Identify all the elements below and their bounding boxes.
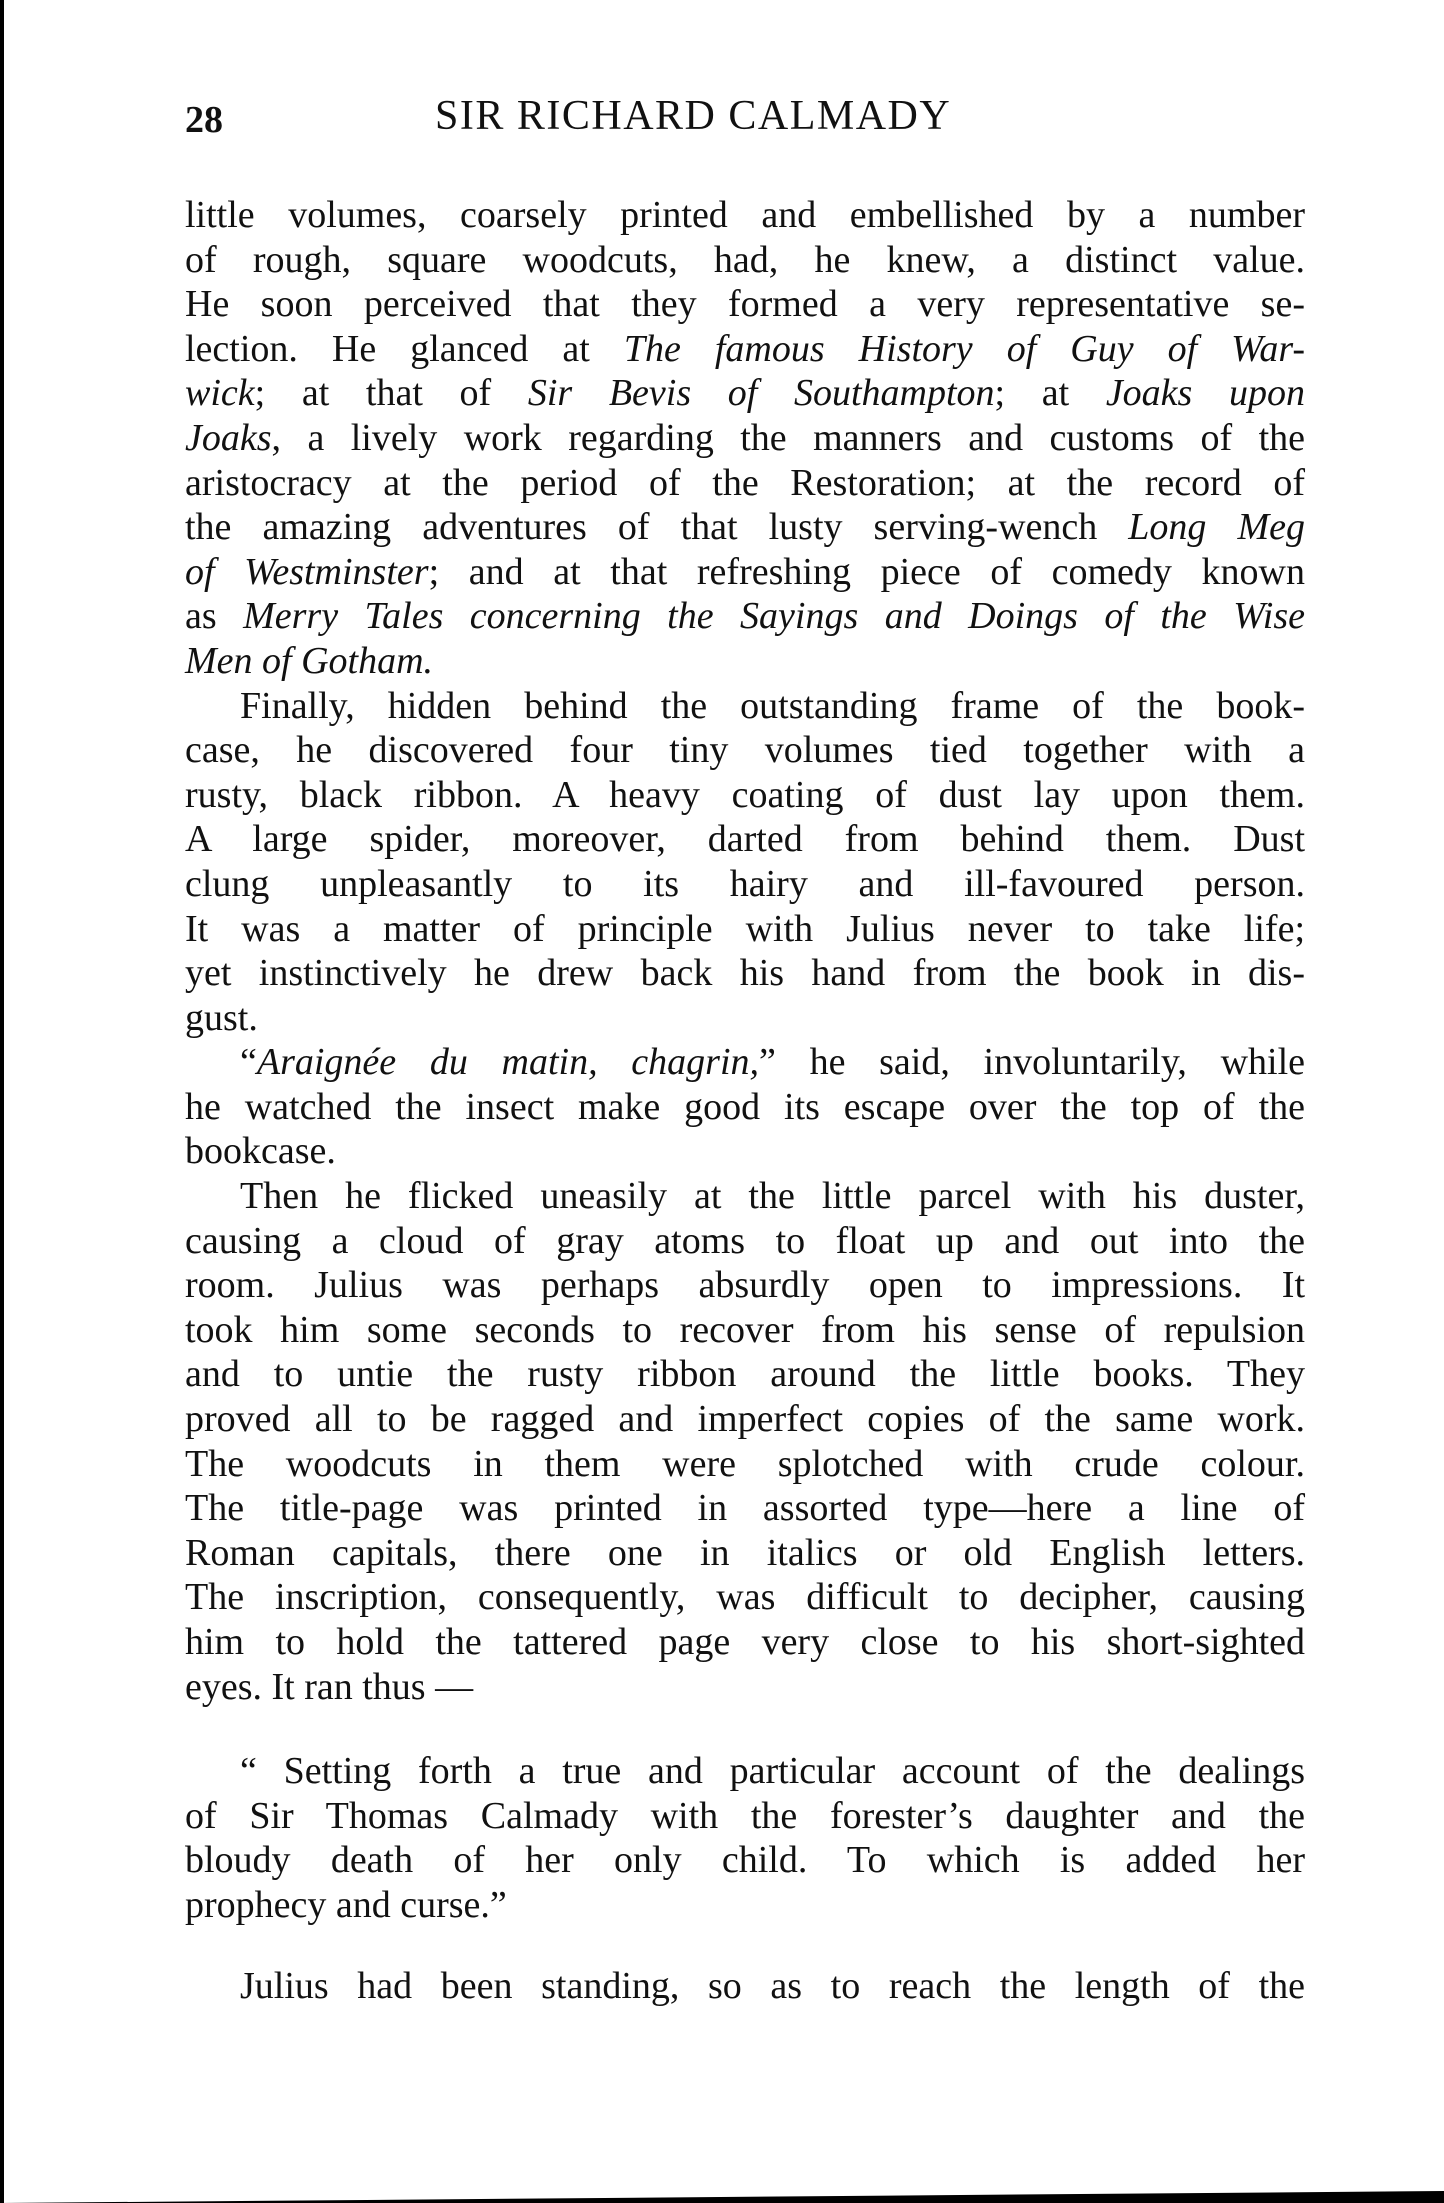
spacer bbox=[185, 1709, 1305, 1749]
text-line: proved all to be ragged and imperfect co… bbox=[185, 1397, 1305, 1442]
text-line: Joaks, a lively work regarding the manne… bbox=[185, 416, 1305, 461]
text-line: gust. bbox=[185, 996, 1305, 1041]
text-line: Roman capitals, there one in italics or … bbox=[185, 1531, 1305, 1576]
page-bottom-shadow bbox=[0, 2191, 1444, 2203]
text-line: room. Julius was perhaps absurdly open t… bbox=[185, 1263, 1305, 1308]
text-line: as Merry Tales concerning the Sayings an… bbox=[185, 594, 1305, 639]
quote-line: “ Setting forth a true and particular ac… bbox=[185, 1749, 1305, 1794]
spacer bbox=[185, 1928, 1305, 1964]
text-line: wick; at that of Sir Bevis of Southampto… bbox=[185, 371, 1305, 416]
final-line: Julius had been standing, so as to reach… bbox=[185, 1964, 1305, 2009]
text-line: clung unpleasantly to its hairy and ill-… bbox=[185, 862, 1305, 907]
text-line: “Araignée du matin, chagrin,” he said, i… bbox=[185, 1040, 1305, 1085]
text-line: bookcase. bbox=[185, 1129, 1305, 1174]
text-line: The woodcuts in them were splotched with… bbox=[185, 1442, 1305, 1487]
text-line: He soon perceived that they formed a ver… bbox=[185, 282, 1305, 327]
text-line: yet instinctively he drew back his hand … bbox=[185, 951, 1305, 996]
text-line: rusty, black ribbon. A heavy coating of … bbox=[185, 773, 1305, 818]
text-line: A large spider, moreover, darted from be… bbox=[185, 817, 1305, 862]
main-text: little volumes, coarsely printed and emb… bbox=[185, 193, 1305, 1709]
book-page: 28 SIR RICHARD CALMADY little volumes, c… bbox=[0, 0, 1444, 2203]
page-number: 28 bbox=[185, 98, 223, 142]
text-line: Men of Gotham. bbox=[185, 639, 1305, 684]
text-line: the amazing adventures of that lusty ser… bbox=[185, 505, 1305, 550]
text-line: and to untie the rusty ribbon around the… bbox=[185, 1352, 1305, 1397]
running-head: SIR RICHARD CALMADY bbox=[435, 92, 951, 140]
quote-line: prophecy and curse.” bbox=[185, 1883, 1305, 1928]
text-line: of Westminster; and at that refreshing p… bbox=[185, 550, 1305, 595]
text-line: of rough, square woodcuts, had, he knew,… bbox=[185, 238, 1305, 283]
text-line: case, he discovered four tiny volumes ti… bbox=[185, 728, 1305, 773]
page-header: 28 SIR RICHARD CALMADY bbox=[185, 92, 1305, 152]
page-binding-shadow bbox=[0, 0, 4, 2203]
quote-line: bloudy death of her only child. To which… bbox=[185, 1838, 1305, 1883]
text-line: causing a cloud of gray atoms to float u… bbox=[185, 1219, 1305, 1264]
text-line: The title-page was printed in assorted t… bbox=[185, 1486, 1305, 1531]
text-line: Finally, hidden behind the outstanding f… bbox=[185, 684, 1305, 729]
page-body: little volumes, coarsely printed and emb… bbox=[185, 193, 1305, 2008]
text-line: aristocracy at the period of the Restora… bbox=[185, 461, 1305, 506]
text-line: took him some seconds to recover from hi… bbox=[185, 1308, 1305, 1353]
text-line: Then he flicked uneasily at the little p… bbox=[185, 1174, 1305, 1219]
inscription-quote: “ Setting forth a true and particular ac… bbox=[185, 1749, 1305, 1927]
quote-line: of Sir Thomas Calmady with the forester’… bbox=[185, 1794, 1305, 1839]
text-line: him to hold the tattered page very close… bbox=[185, 1620, 1305, 1665]
text-line: The inscription, consequently, was diffi… bbox=[185, 1575, 1305, 1620]
text-line: It was a matter of principle with Julius… bbox=[185, 907, 1305, 952]
text-line: little volumes, coarsely printed and emb… bbox=[185, 193, 1305, 238]
text-line: he watched the insect make good its esca… bbox=[185, 1085, 1305, 1130]
text-line: lection. He glanced at The famous Histor… bbox=[185, 327, 1305, 372]
text-line: eyes. It ran thus — bbox=[185, 1665, 1305, 1710]
